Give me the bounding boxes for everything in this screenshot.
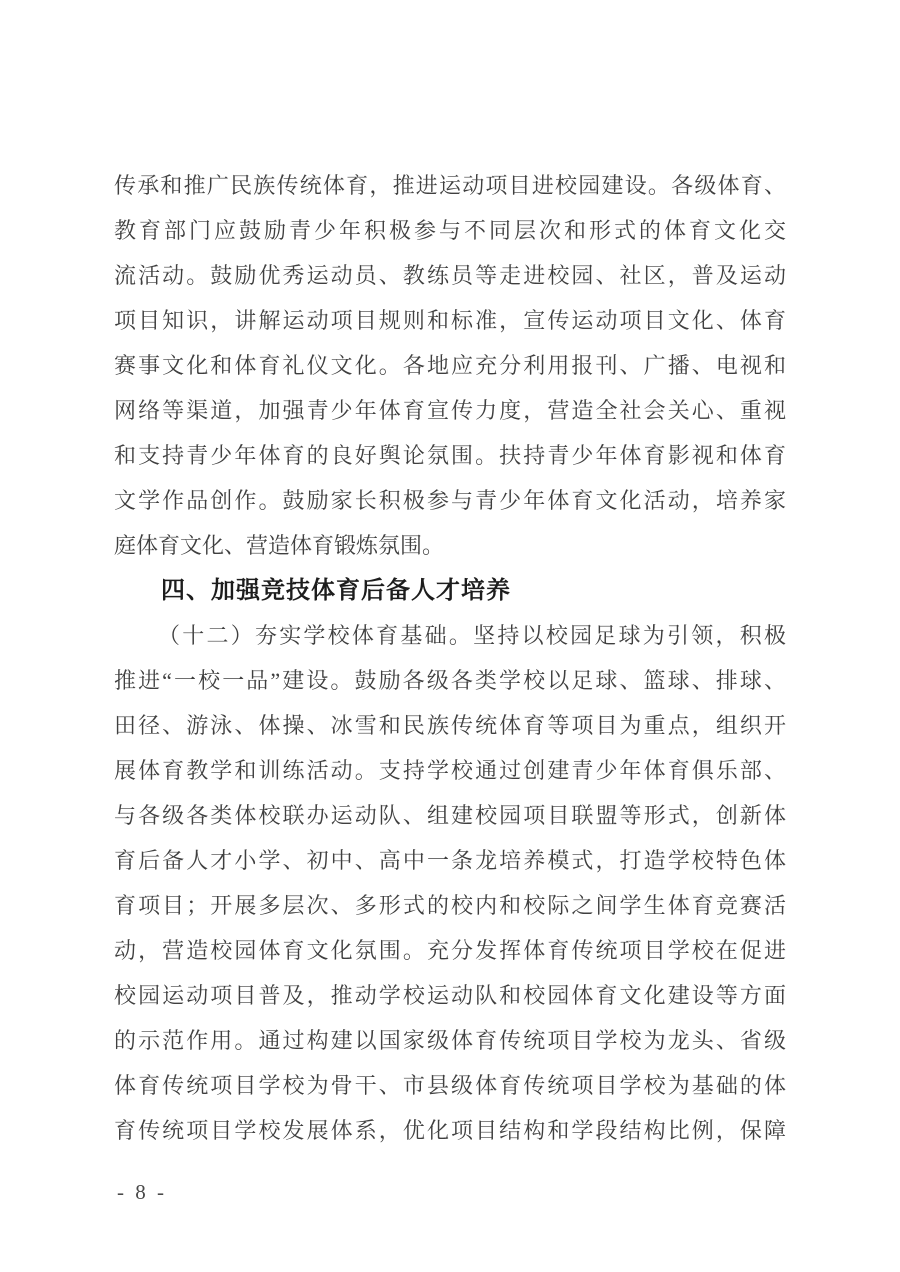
text-line: 育传统项目学校发展体系，优化项目结构和学段结构比例，保障 xyxy=(114,1108,786,1153)
text-line: 推进“一校一品”建设。鼓励各级各类学校以足球、篮球、排球、 xyxy=(114,658,786,703)
paragraph-item-12: （十二）夯实学校体育基础。坚持以校园足球为引领，积极推进“一校一品”建设。鼓励各… xyxy=(114,613,786,1153)
text-line: 赛事文化和体育礼仪文化。各地应充分利用报刊、广播、电视和 xyxy=(114,343,786,388)
document-page: 传承和推广民族传统体育，推进运动项目进校园建设。各级体育、教育部门应鼓励青少年积… xyxy=(0,0,900,1272)
text-line: 展体育教学和训练活动。支持学校通过创建青少年体育俱乐部、 xyxy=(114,748,786,793)
text-line: 流活动。鼓励优秀运动员、教练员等走进校园、社区，普及运动 xyxy=(114,253,786,298)
text-line: 田径、游泳、体操、冰雪和民族传统体育等项目为重点，组织开 xyxy=(114,703,786,748)
text-line: 庭体育文化、营造体育锻炼氛围。 xyxy=(114,523,786,568)
text-line: 传承和推广民族传统体育，推进运动项目进校园建设。各级体育、 xyxy=(114,163,786,208)
text-line: 项目知识，讲解运动项目规则和标准，宣传运动项目文化、体育 xyxy=(114,298,786,343)
text-line: 文学作品创作。鼓励家长积极参与青少年体育文化活动，培养家 xyxy=(114,478,786,523)
text-line: （十二）夯实学校体育基础。坚持以校园足球为引领，积极 xyxy=(114,613,786,658)
text-line: 动，营造校园体育文化氛围。充分发挥体育传统项目学校在促进 xyxy=(114,928,786,973)
document-body: 传承和推广民族传统体育，推进运动项目进校园建设。各级体育、教育部门应鼓励青少年积… xyxy=(114,163,786,1153)
text-line: 与各级各类体校联办运动队、组建校园项目联盟等形式，创新体 xyxy=(114,793,786,838)
text-line: 体育传统项目学校为骨干、市县级体育传统项目学校为基础的体 xyxy=(114,1063,786,1108)
text-line: 的示范作用。通过构建以国家级体育传统项目学校为龙头、省级 xyxy=(114,1018,786,1063)
text-line: 校园运动项目普及，推动学校运动队和校园体育文化建设等方面 xyxy=(114,973,786,1018)
text-line: 和支持青少年体育的良好舆论氛围。扶持青少年体育影视和体育 xyxy=(114,433,786,478)
paragraph-continued: 传承和推广民族传统体育，推进运动项目进校园建设。各级体育、教育部门应鼓励青少年积… xyxy=(114,163,786,568)
text-line: 育项目；开展多层次、多形式的校内和校际之间学生体育竞赛活 xyxy=(114,883,786,928)
text-line: 育后备人才小学、初中、高中一条龙培养模式，打造学校特色体 xyxy=(114,838,786,883)
text-line: 网络等渠道，加强青少年体育宣传力度，营造全社会关心、重视 xyxy=(114,388,786,433)
text-line: 教育部门应鼓励青少年积极参与不同层次和形式的体育文化交 xyxy=(114,208,786,253)
section-heading: 四、加强竞技体育后备人才培养 xyxy=(114,568,786,613)
page-number: - 8 - xyxy=(117,1180,167,1204)
